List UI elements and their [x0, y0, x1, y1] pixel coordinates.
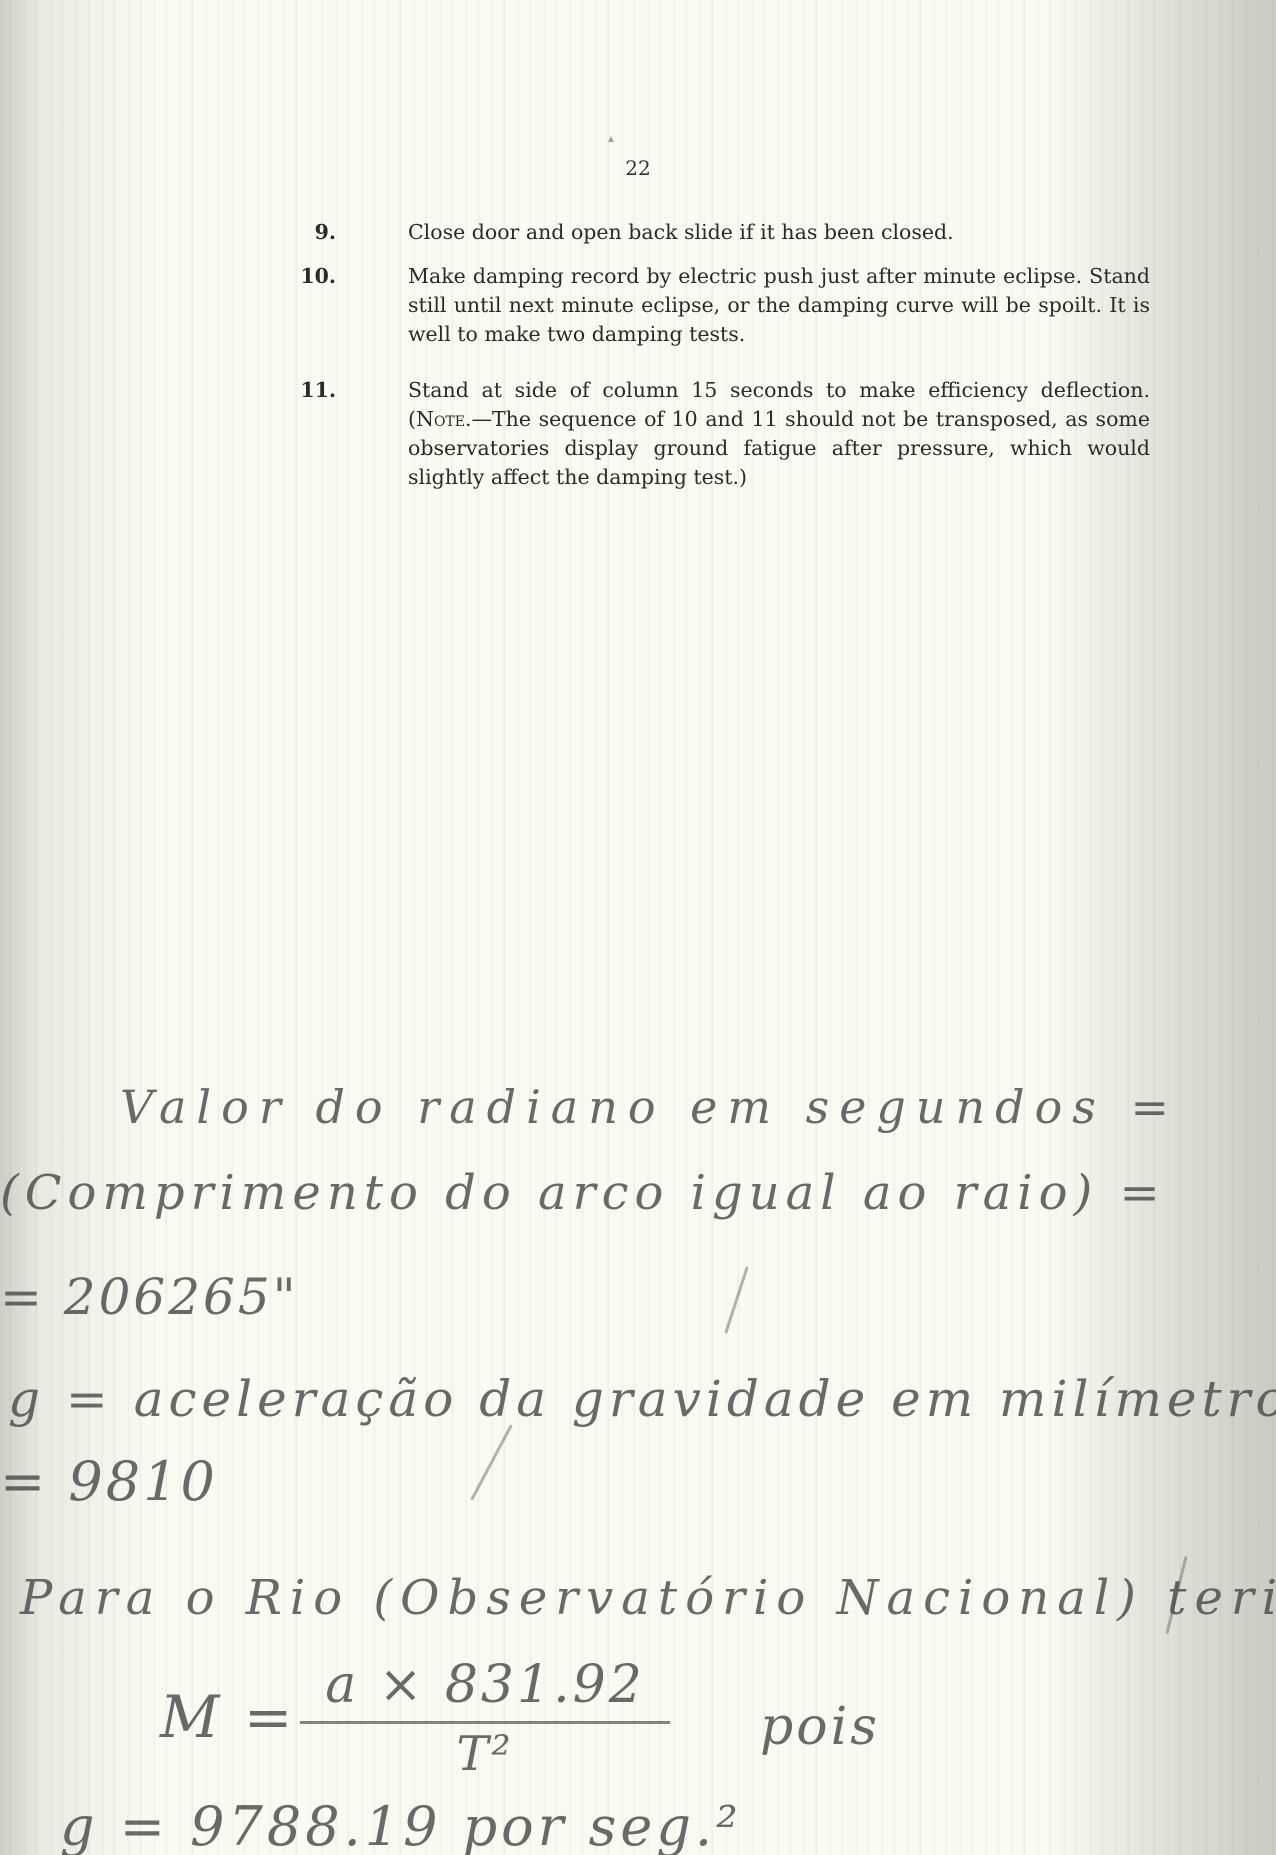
- formula-suffix: pois: [760, 1697, 880, 1757]
- item-text-after-note: .—The sequence of 10 and 11 should not b…: [408, 407, 1150, 489]
- handwritten-line: = 9810: [0, 1450, 218, 1513]
- pencil-stroke: [724, 1266, 748, 1334]
- item-text: Make damping record by electric push jus…: [408, 262, 1150, 349]
- item-number: 10.: [282, 262, 336, 291]
- instruction-item-10: 10. Make damping record by electric push…: [330, 262, 1150, 349]
- pencil-stroke: [470, 1424, 513, 1500]
- note-label: Note: [416, 407, 465, 431]
- formula-numerator: a × 831.92: [300, 1655, 670, 1721]
- formula-denominator: T²: [300, 1724, 670, 1782]
- handwritten-line: g = aceleração da gravidade em milímetro…: [8, 1370, 1276, 1428]
- item-text: Stand at side of column 15 seconds to ma…: [408, 376, 1150, 492]
- handwritten-line: g = 9788.19 por seg.²: [60, 1795, 742, 1855]
- handwritten-line: Valor do radiano em segundos =: [120, 1080, 1179, 1134]
- instruction-item-11: 11. Stand at side of column 15 seconds t…: [330, 376, 1150, 492]
- item-number: 9.: [282, 218, 336, 247]
- item-number: 11.: [282, 376, 336, 405]
- handwritten-line: (Comprimento do arco igual ao raio) =: [0, 1165, 1166, 1221]
- item-text: Close door and open back slide if it has…: [408, 218, 1150, 247]
- instruction-item-9: 9. Close door and open back slide if it …: [330, 218, 1150, 247]
- formula-lhs: M =: [160, 1683, 295, 1751]
- formula-fraction: a × 831.92 T²: [300, 1655, 670, 1782]
- page-number: 22: [0, 156, 1276, 180]
- handwritten-line: Para o Rio (Observatório Nacional) teria: [20, 1570, 1276, 1626]
- scan-speck: [608, 136, 614, 142]
- handwritten-line: = 206265": [0, 1268, 299, 1326]
